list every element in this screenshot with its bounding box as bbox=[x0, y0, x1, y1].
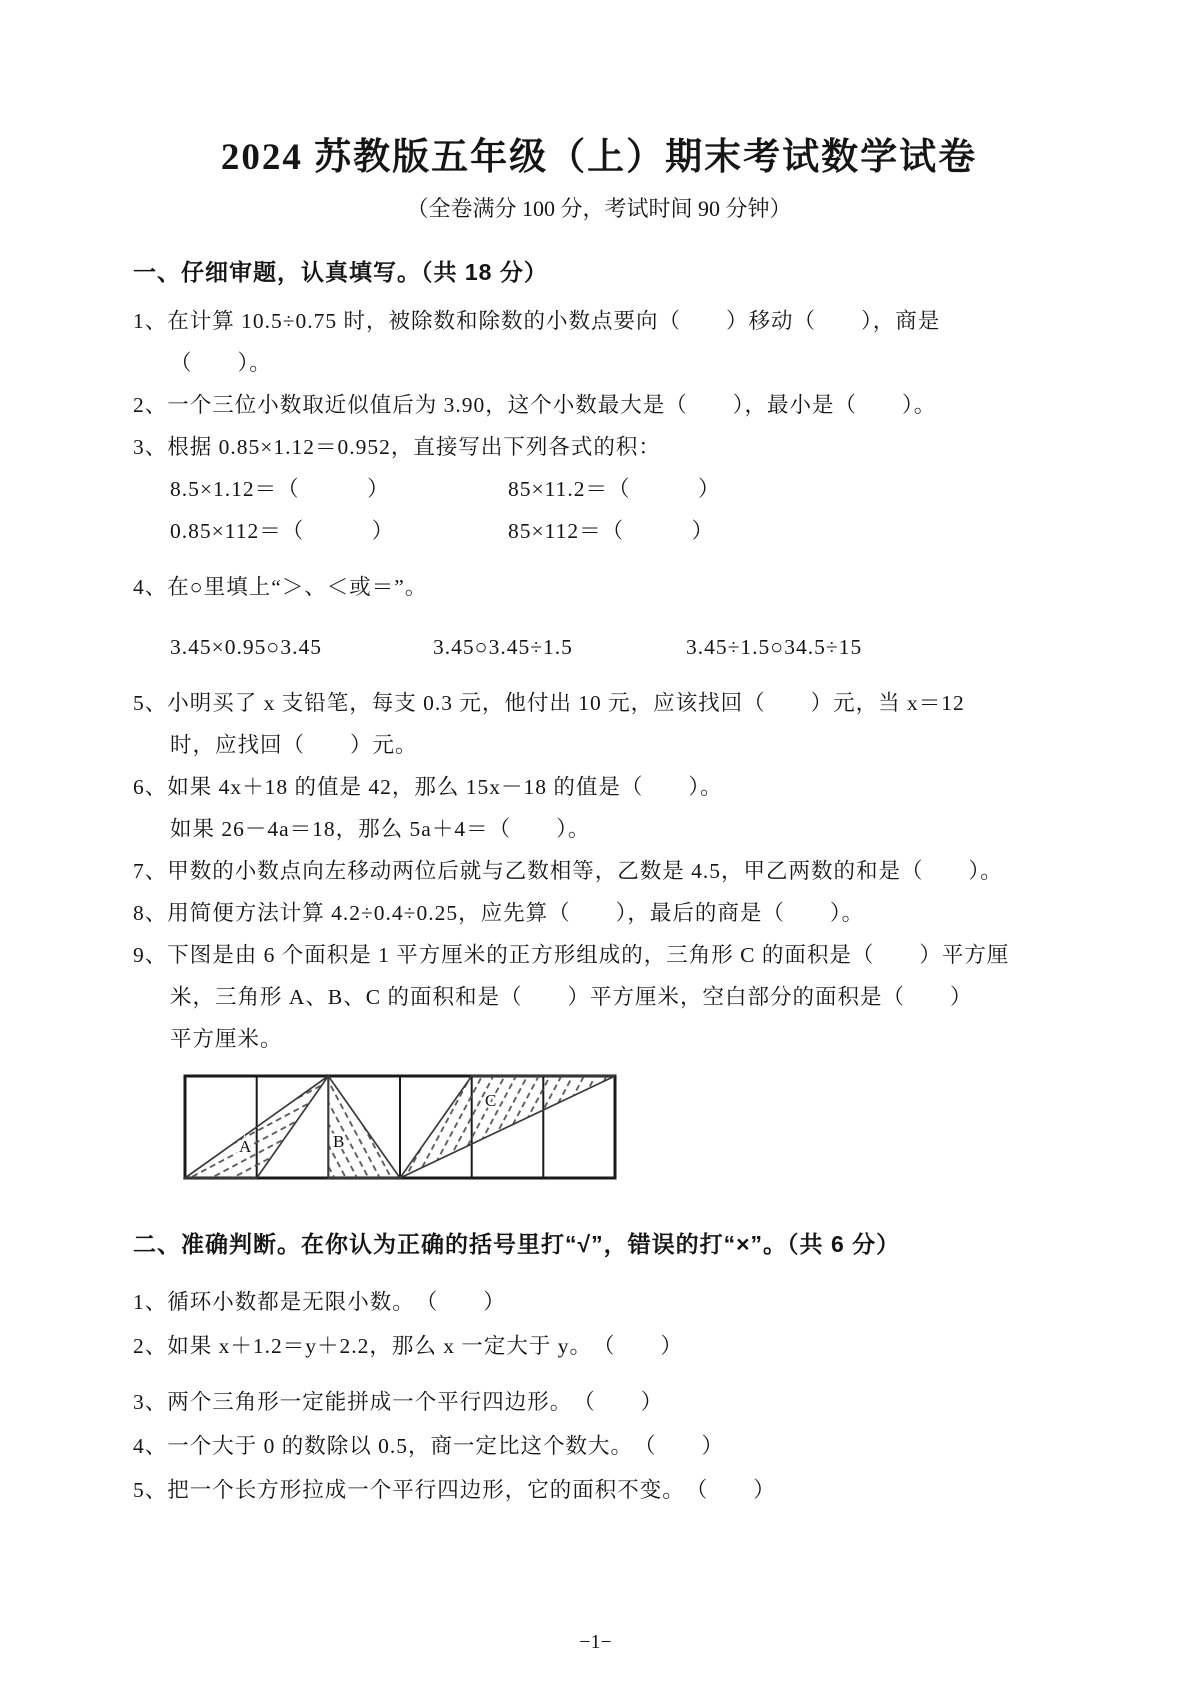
s1-question-2: 2、一个三位小数取近似值后为 3.90，这个小数最大是（ ），最小是（ ）。 bbox=[133, 384, 1065, 426]
section2-heading: 二、准确判断。在你认为正确的括号里打“√”，错误的打“×”。（共 6 分） bbox=[133, 1228, 1065, 1260]
s2-question-5: 5、把一个长方形拉成一个平行四边形，它的面积不变。 （ ） bbox=[133, 1468, 1065, 1512]
triangle-a-label: A bbox=[239, 1137, 252, 1156]
s2-question-2: 2、如果 x＋1.2＝y＋2.2，那么 x 一定大于 y。 （ ） bbox=[133, 1324, 1065, 1368]
expression-blank: 0.85×112＝（ ） bbox=[170, 510, 508, 552]
unit-squares-diagram: A B C bbox=[183, 1074, 617, 1180]
s1-question-9-line-2: 米，三角形 A、B、C 的面积和是（ ）平方厘米，空白部分的面积是（ ） bbox=[133, 976, 1065, 1018]
s1-question-5-line-2: 时，应找回（ ）元。 bbox=[133, 724, 1065, 766]
s1-question-9-line-3: 平方厘米。 bbox=[133, 1018, 1065, 1060]
s1-question-1-line-2: （ ）。 bbox=[133, 342, 1065, 384]
s1-question-5-line-1: 5、小明买了 x 支铅笔，每支 0.3 元，他付出 10 元，应该找回（ ）元，… bbox=[133, 682, 1065, 724]
expression-blank: 85×112＝（ ） bbox=[508, 519, 714, 543]
s1-question-4: 4、在○里填上“＞、＜或＝”。 bbox=[133, 566, 1065, 608]
page-number: −1− bbox=[0, 1630, 1191, 1654]
geometry-figure: A B C bbox=[183, 1074, 1065, 1180]
page-content: 2024 苏教版五年级（上）期末考试数学试卷 （全卷满分 100 分，考试时间 … bbox=[133, 0, 1065, 1512]
paper-subtitle: （全卷满分 100 分，考试时间 90 分钟） bbox=[133, 194, 1065, 224]
s2-question-4: 4、一个大于 0 的数除以 0.5，商一定比这个数大。 （ ） bbox=[133, 1424, 1065, 1468]
s1-question-3-row-2: 0.85×112＝（ ）85×112＝（ ） bbox=[133, 510, 1065, 552]
s2-question-1: 1、循环小数都是无限小数。 （ ） bbox=[133, 1280, 1065, 1324]
s1-question-7: 7、甲数的小数点向左移动两位后就与乙数相等，乙数是 4.5，甲乙两数的和是（ ）… bbox=[133, 850, 1065, 892]
triangle-c-label: C bbox=[485, 1091, 496, 1110]
s1-question-1-line-1: 1、在计算 10.5÷0.75 时，被除数和除数的小数点要向（ ）移动（ ），商… bbox=[133, 300, 1065, 342]
s2-question-3: 3、两个三角形一定能拼成一个平行四边形。 （ ） bbox=[133, 1380, 1065, 1424]
paper-title: 2024 苏教版五年级（上）期末考试数学试卷 bbox=[133, 132, 1065, 184]
triangle-b-label: B bbox=[333, 1132, 344, 1151]
s1-question-6-line-2: 如果 26－4a＝18，那么 5a＋4＝（ ）。 bbox=[133, 808, 1065, 850]
s1-question-8: 8、用简便方法计算 4.2÷0.4÷0.25，应先算（ ），最后的商是（ ）。 bbox=[133, 892, 1065, 934]
expression-blank: 85×11.2＝（ ） bbox=[508, 477, 720, 501]
s1-question-3-row-1: 8.5×1.12＝（ ）85×11.2＝（ ） bbox=[133, 468, 1065, 510]
expression-blank: 8.5×1.12＝（ ） bbox=[170, 468, 508, 510]
s1-question-9-line-1: 9、下图是由 6 个面积是 1 平方厘米的正方形组成的，三角形 C 的面积是（ … bbox=[133, 934, 1065, 976]
s1-question-4-row: 3.45×0.95○3.453.45○3.45÷1.53.45÷1.5○34.5… bbox=[133, 626, 1065, 668]
s1-question-3: 3、根据 0.85×1.12＝0.952，直接写出下列各式的积： bbox=[133, 426, 1065, 468]
comparison-item: 3.45×0.95○3.45 bbox=[170, 626, 433, 668]
comparison-item: 3.45○3.45÷1.5 bbox=[433, 626, 686, 668]
comparison-item: 3.45÷1.5○34.5÷15 bbox=[686, 635, 862, 659]
s1-question-6-line-1: 6、如果 4x＋18 的值是 42，那么 15x－18 的值是（ ）。 bbox=[133, 766, 1065, 808]
section1-heading: 一、仔细审题，认真填写。（共 18 分） bbox=[133, 256, 1065, 288]
exam-paper-page: 2024 苏教版五年级（上）期末考试数学试卷 （全卷满分 100 分，考试时间 … bbox=[0, 0, 1191, 1684]
